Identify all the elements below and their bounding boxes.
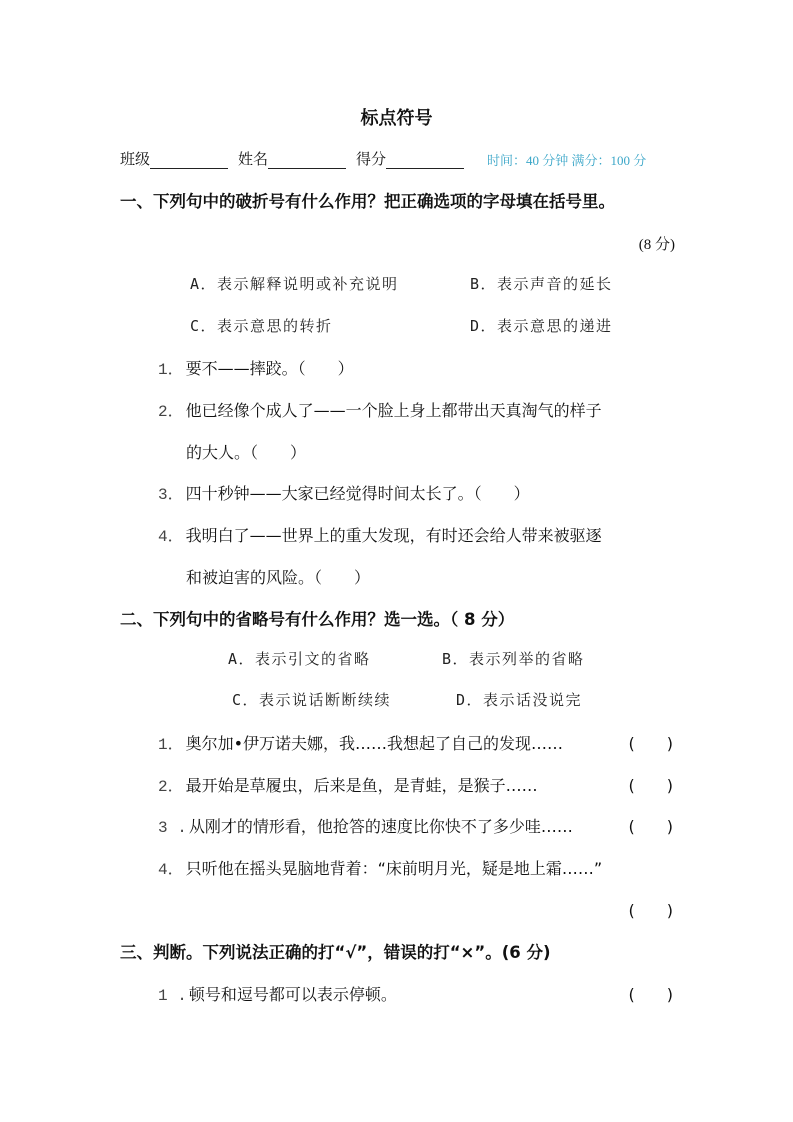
section-2-option-a: A．表示引文的省略 — [228, 648, 371, 669]
question-number: 4． — [158, 528, 184, 546]
answer-paren-2-1[interactable]: ( ) — [629, 731, 674, 754]
page-title: 标点符号 — [0, 104, 793, 130]
section-2-option-b: B．表示列举的省略 — [442, 648, 585, 669]
question-1-2: 2．他已经像个成人了——一个脸上身上都带出天真淘气的样子 — [158, 398, 602, 421]
section-2-option-c: C．表示说话断断续续 — [232, 689, 391, 710]
question-text: 他已经像个成人了——一个脸上身上都带出天真淘气的样子 — [186, 401, 602, 420]
class-blank[interactable] — [150, 154, 228, 169]
question-1-4-continued: 和被迫害的风险。（ ） — [186, 565, 370, 588]
question-2-1: 1．奥尔加•伊万诺夫娜，我……我想起了自己的发现…… — [158, 731, 563, 754]
section-3-heading: 三、判断。下列说法正确的打“√”，错误的打“×”。(6 分) — [120, 939, 551, 963]
question-number: 1． — [158, 361, 184, 379]
question-2-3: 3 .从刚才的情形看，他抢答的速度比你快不了多少哇…… — [158, 814, 573, 837]
section-1-points: (8 分) — [639, 233, 675, 254]
question-text: 只听他在摇头晃脑地背着：“床前明月光，疑是地上霜……” — [186, 859, 603, 878]
answer-paren-2-3[interactable]: ( ) — [629, 814, 674, 837]
section-1-option-c: C．表示意思的转折 — [190, 315, 333, 336]
question-1-4: 4．我明白了——世界上的重大发现，有时还会给人带来被驱逐 — [158, 523, 602, 546]
question-1-3: 3．四十秒钟——大家已经觉得时间太长了。（ ） — [158, 481, 530, 504]
question-number: 1 . — [158, 987, 187, 1005]
section-1-heading: 一、下列句中的破折号有什么作用？把正确选项的字母填在括号里。 — [120, 188, 615, 212]
name-blank[interactable] — [268, 154, 346, 169]
question-text: 顿号和逗号都可以表示停顿。 — [189, 985, 397, 1004]
question-2-4: 4．只听他在摇头晃脑地背着：“床前明月光，疑是地上霜……” — [158, 856, 602, 879]
section-2-heading: 二、下列句中的省略号有什么作用？选一选。（ 8 分） — [120, 606, 514, 630]
answer-paren-2-4[interactable]: ( ) — [629, 898, 674, 921]
score-label: 得分 — [356, 148, 386, 169]
question-text: 最开始是草履虫，后来是鱼，是青蛙，是猴子…… — [186, 776, 538, 795]
section-2-option-d: D．表示话没说完 — [456, 689, 582, 710]
score-blank[interactable] — [386, 154, 464, 169]
answer-paren-3-1[interactable]: ( ) — [629, 982, 674, 1005]
section-1-option-a: A．表示解释说明或补充说明 — [190, 273, 399, 294]
question-text: 从刚才的情形看，他抢答的速度比你快不了多少哇…… — [189, 817, 573, 836]
question-number: 4． — [158, 861, 184, 879]
question-text: 我明白了——世界上的重大发现，有时还会给人带来被驱逐 — [186, 526, 602, 545]
question-number: 3 . — [158, 819, 187, 837]
question-3-1: 1 .顿号和逗号都可以表示停顿。 — [158, 982, 397, 1005]
question-1-2-continued: 的大人。（ ） — [186, 440, 306, 463]
class-label: 班级 — [120, 148, 150, 169]
question-text: 四十秒钟——大家已经觉得时间太长了。（ ） — [186, 484, 530, 503]
question-2-2: 2．最开始是草履虫，后来是鱼，是青蛙，是猴子…… — [158, 773, 538, 796]
student-info-row: 班级 姓名 得分 — [120, 148, 474, 169]
question-text: 要不——摔跤。（ ） — [186, 359, 354, 378]
question-number: 2． — [158, 778, 184, 796]
time-score-info: 时间：40 分钟 满分：100 分 — [487, 150, 646, 169]
question-number: 3． — [158, 486, 184, 504]
question-text: 奥尔加•伊万诺夫娜，我……我想起了自己的发现…… — [186, 734, 563, 753]
answer-paren-2-2[interactable]: ( ) — [629, 773, 674, 796]
question-1-1: 1．要不——摔跤。（ ） — [158, 356, 354, 379]
question-number: 1． — [158, 736, 184, 754]
name-label: 姓名 — [238, 148, 268, 169]
section-1-option-b: B．表示声音的延长 — [470, 273, 613, 294]
question-number: 2． — [158, 403, 184, 421]
section-1-option-d: D．表示意思的递进 — [470, 315, 613, 336]
